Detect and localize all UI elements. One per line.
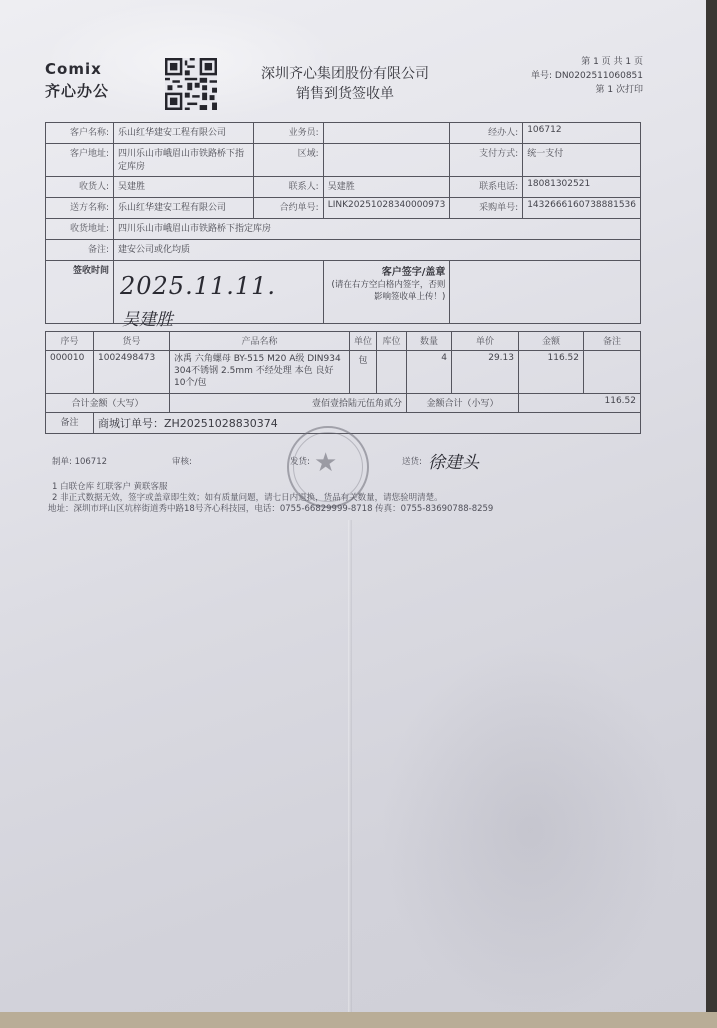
phone: 18081302521 <box>523 177 641 198</box>
po-label: 采购单号: <box>450 198 523 219</box>
order-remark-label: 备注 <box>46 413 94 434</box>
table-row: 000010 1002498473 冰禹 六角螺母 BY-515 M20 A级 … <box>46 351 641 394</box>
logo-cn: 齐心办公 <box>45 80 109 101</box>
total-lower-label: 金额合计（小写） <box>407 394 519 413</box>
customer-sign-title: 客户签字/盖章 <box>328 263 446 278</box>
item-location <box>377 351 407 394</box>
delivery-receipt-paper: Comix 齐心办公 深圳齐心集团股份有限公司 销售到货签收单 第 1 页 共 … <box>0 0 706 1012</box>
totals-row: 合计金额（大写） 壹佰壹拾陆元伍角贰分 金额合计（小写） 116.52 <box>46 394 641 413</box>
page-info: 第 1 页 共 1 页 <box>505 55 643 69</box>
order-remark: 商城订单号：ZH20251028830374 <box>94 413 641 434</box>
customer-address-label: 客户地址: <box>46 144 114 177</box>
col-price: 单价 <box>452 332 519 351</box>
customer-sign-note: (请在右方空白格内签字，否则影响签收单上传！) <box>328 278 446 302</box>
po-number: 1432666160738881536 <box>523 198 641 219</box>
deliverer-label: 送货: <box>402 455 422 467</box>
maker-value: 106712 <box>75 457 107 467</box>
item-sku: 1002498473 <box>94 351 170 394</box>
contract-number: LINK20251028340000973 <box>323 198 450 219</box>
sign-time-label: 签收时间 <box>46 261 114 324</box>
doc-number: 单号: DN0202511060851 <box>505 69 643 83</box>
item-amount: 116.52 <box>519 351 584 394</box>
receiver: 吴建胜 <box>114 177 254 198</box>
company-name: 深圳齐心集团股份有限公司 <box>240 64 450 84</box>
delivery-address-label: 收货地址: <box>46 219 114 240</box>
paper-shadow <box>380 640 680 1012</box>
table-surface <box>0 1012 717 1028</box>
delivery-address: 四川乐山市峨眉山市铁路桥下指定库房 <box>114 219 641 240</box>
ship-to-label: 送方名称: <box>46 198 114 219</box>
remark: 建安公司或化均质 <box>114 240 641 261</box>
paper-crease <box>348 520 352 1012</box>
total-upper: 壹佰壹拾陆元伍角贰分 <box>170 394 407 413</box>
total-lower: 116.52 <box>519 394 641 413</box>
customer-name-label: 客户名称: <box>46 123 114 144</box>
col-unit: 单位 <box>350 332 377 351</box>
logo-en: Comix <box>45 60 109 78</box>
col-name: 产品名称 <box>170 332 350 351</box>
customer-signature-field[interactable] <box>450 261 641 324</box>
handler-label: 经办人: <box>450 123 523 144</box>
receiver-label: 收货人: <box>46 177 114 198</box>
doc-number-label: 单号: <box>531 71 552 81</box>
remark-label: 备注: <box>46 240 114 261</box>
shipper-label: 发货: <box>290 455 310 467</box>
comix-logo: Comix 齐心办公 <box>45 60 109 101</box>
payment: 统一支付 <box>523 144 641 177</box>
items-table: 序号 货号 产品名称 单位 库位 数量 单价 金额 备注 000010 1002… <box>45 331 641 434</box>
handwritten-sign-date: 2025.11.11. <box>120 272 276 300</box>
star-icon: ★ <box>314 448 337 478</box>
customer-address: 四川乐山市峨眉山市铁路桥下指定库房 <box>114 144 254 177</box>
col-amount: 金额 <box>519 332 584 351</box>
contact: 吴建胜 <box>323 177 450 198</box>
contract-label: 合约单号: <box>253 198 323 219</box>
handler: 106712 <box>523 123 641 144</box>
ship-to: 乐山红华建安工程有限公司 <box>114 198 254 219</box>
salesperson-label: 业务员: <box>253 123 323 144</box>
print-count: 第 1 次打印 <box>505 83 643 97</box>
total-upper-label: 合计金额（大写） <box>46 394 170 413</box>
salesperson <box>323 123 450 144</box>
customer-sign-instruction: 客户签字/盖章 (请在右方空白格内签字，否则影响签收单上传！) <box>323 261 450 324</box>
region <box>323 144 450 177</box>
doc-number-value: DN0202511060851 <box>555 71 643 81</box>
document-title: 深圳齐心集团股份有限公司 销售到货签收单 <box>240 64 450 104</box>
handwritten-sign-name: 吴建胜 <box>122 305 173 330</box>
qr-code-icon <box>165 58 217 110</box>
company-address: 地址：深圳市坪山区坑梓街道秀中路18号齐心科技园，电话：0755-6682999… <box>48 502 493 514</box>
handwritten-deliverer-sign: 徐建头 <box>428 448 479 473</box>
col-seq: 序号 <box>46 332 94 351</box>
region-label: 区域: <box>253 144 323 177</box>
reviewer-label: 审核: <box>172 455 192 467</box>
item-price: 29.13 <box>452 351 519 394</box>
items-header-row: 序号 货号 产品名称 单位 库位 数量 单价 金额 备注 <box>46 332 641 351</box>
customer-name: 乐山红华建安工程有限公司 <box>114 123 254 144</box>
document-meta: 第 1 页 共 1 页 单号: DN0202511060851 第 1 次打印 <box>505 55 643 97</box>
item-qty: 4 <box>407 351 452 394</box>
item-unit: 包 <box>350 351 377 394</box>
col-qty: 数量 <box>407 332 452 351</box>
item-name: 冰禹 六角螺母 BY-515 M20 A级 DIN934 304不锈钢 2.5m… <box>170 351 350 394</box>
item-remark <box>584 351 641 394</box>
doc-title: 销售到货签收单 <box>240 84 450 104</box>
item-seq: 000010 <box>46 351 94 394</box>
maker-label: 制单: <box>52 457 72 467</box>
contact-label: 联系人: <box>253 177 323 198</box>
col-remark: 备注 <box>584 332 641 351</box>
phone-label: 联系电话: <box>450 177 523 198</box>
col-location: 库位 <box>377 332 407 351</box>
payment-label: 支付方式: <box>450 144 523 177</box>
maker: 制单: 106712 <box>52 455 107 467</box>
col-sku: 货号 <box>94 332 170 351</box>
